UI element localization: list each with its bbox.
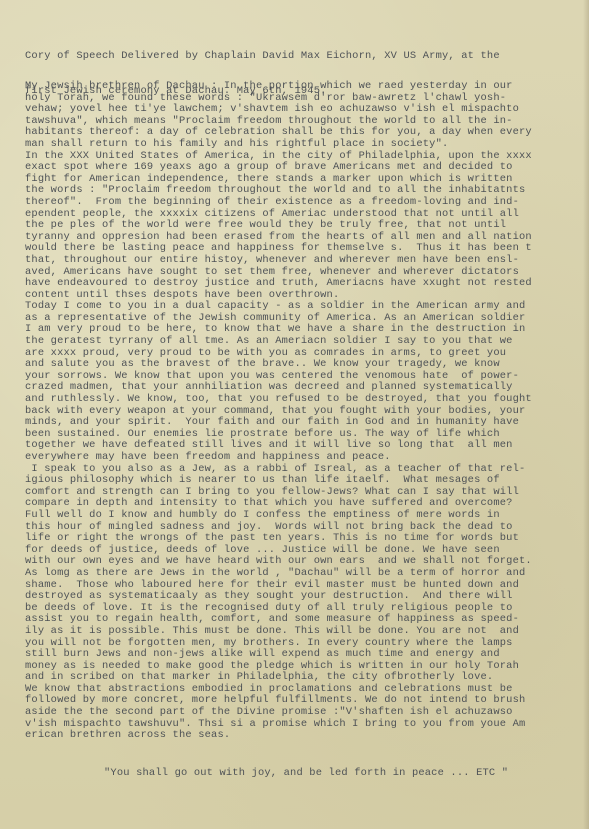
- body-line: and ruthlessly. We know, too, that you r…: [25, 394, 589, 406]
- typewritten-page: Cory of Speech Delivered by Chaplain Dav…: [0, 0, 589, 829]
- body-line: Full well do I know and humbly do I conf…: [25, 510, 589, 522]
- body-line: still burn Jews and non-jews alike will …: [25, 649, 589, 661]
- body-line: As lomg as there are Jews in the world ,…: [25, 568, 589, 580]
- body-line: destroyed as systematicaaly as they soug…: [25, 591, 589, 603]
- body-line: ily as it is possible. This must be done…: [25, 626, 589, 638]
- body-line: aside the the second part of the Divine …: [25, 707, 589, 719]
- body-line: thereof". From the beginning of their ex…: [25, 197, 589, 209]
- body-line: have endeavoured to destroy justice and …: [25, 278, 589, 290]
- body-line: My Jewsih brethren of Dachau : In the po…: [25, 81, 589, 93]
- body-line: that, throughout our entire histoy, when…: [25, 255, 589, 267]
- header-line: Cory of Speech Delivered by Chaplain Dav…: [25, 51, 589, 63]
- body-line: the geratest tyrrany of all tme. As an A…: [25, 336, 589, 348]
- body-line: the pe ples of the world were free would…: [25, 220, 589, 232]
- body-line: everywhere may have been freedom and hap…: [25, 452, 589, 464]
- body-line: life or right the wrongs of the past ten…: [25, 533, 589, 545]
- closing-quote: "You shall go out with joy, and be led f…: [104, 767, 508, 779]
- body-line: man shall return to his family and his r…: [25, 139, 589, 151]
- body-line: exact spot where 169 yeaxs ago a group o…: [25, 162, 589, 174]
- speech-body: My Jewsih brethren of Dachau : In the po…: [25, 81, 589, 742]
- body-line: erican brethren across the seas.: [25, 730, 589, 742]
